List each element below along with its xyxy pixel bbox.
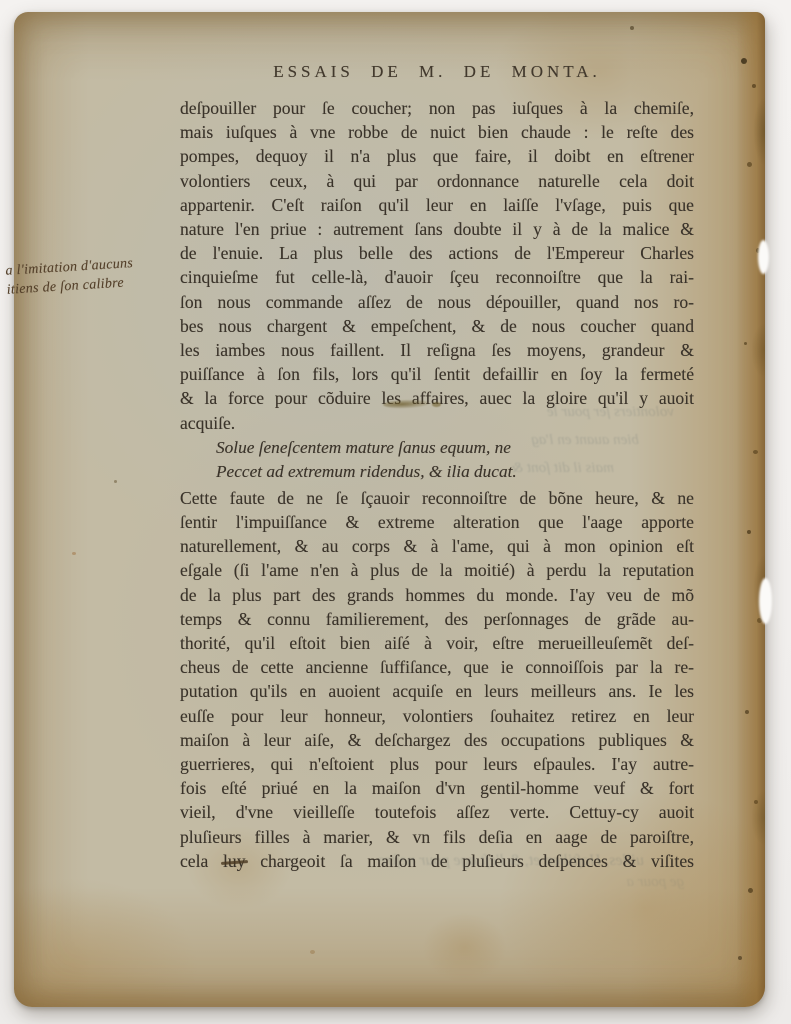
scanner-glare (759, 578, 772, 624)
quote-line: Solue ſeneſcentem mature ſanus equum, ne (216, 436, 694, 460)
text-line: mais iuſques à vne robbe de nuict bien c… (180, 120, 694, 144)
deckled-page-edge (737, 12, 765, 1007)
text-line: putation qu'ils en auoient acquiſe en le… (180, 679, 694, 703)
text-line: & la force pour cõduire les affaires, au… (180, 386, 694, 410)
running-header: ESSAIS DE M. DE MONTA. (182, 62, 692, 82)
text-line: ſon nous commande aſſez de nous dépouill… (180, 290, 694, 314)
scanner-glare (758, 240, 769, 274)
text-line: vieil, d'vne vieilleſſe toutefois aſſez … (180, 800, 694, 824)
scanned-book-photo: { "doc": { "running_header": "ESSAIS DE … (0, 0, 791, 1024)
foxing-speck (630, 26, 634, 30)
struck-out-word: luy (223, 851, 245, 871)
text-line: naturellement, & au corps & à l'ame, qui… (180, 534, 694, 558)
text-line: deſpouiller pour ſe coucher; non pas iuſ… (180, 96, 694, 120)
text-line-with-correction: cela luy chargeoit ſa maiſon de pluſieur… (180, 849, 694, 873)
paragraph-1: deſpouiller pour ſe coucher; non pas iuſ… (180, 96, 694, 435)
text-line: eſgale (ſi l'ame n'en à plus de la moiti… (180, 558, 694, 582)
text-line: Cette faute de ne ſe ſçauoir reconnoiſtr… (180, 486, 694, 510)
text-line: maiſon à leur aiſe, & deſchargez des occ… (180, 728, 694, 752)
text-line: euſſe pour leur honneur, volontiers ſouh… (180, 704, 694, 728)
show-through-ghost-text: ge pour a (574, 874, 684, 891)
quote-line: Peccet ad extremum ridendus, & ilia duca… (216, 460, 694, 484)
foxing-speck (310, 950, 315, 954)
foxing-speck (72, 552, 76, 555)
ink-smudge-stain (432, 402, 441, 407)
text-line: de l'enuie. La plus belle des actions de… (180, 241, 694, 265)
handwritten-margin-note: a l'imitation d'aucunsitiens de ſon cali… (5, 250, 197, 300)
foxing-speck (114, 480, 117, 483)
text-line: bes nous chargent & empeſchent, & de nou… (180, 314, 694, 338)
text-line: pluſieurs filles à marier, & vn fils deſ… (180, 825, 694, 849)
text-line: volontiers ceux, à qui par ordonnance na… (180, 169, 694, 193)
text-line: pompes, dequoy il n'a plus que faire, il… (180, 144, 694, 168)
text-line: fois eſté priué en la maiſon d'vn gentil… (180, 776, 694, 800)
latin-verse-quote: Solue ſeneſcentem mature ſanus equum, ne… (216, 436, 694, 484)
paragraph-2: Cette faute de ne ſe ſçauoir reconnoiſtr… (180, 486, 694, 849)
text-line: puiſſance à ſon fils, lors qu'il ſentit … (180, 362, 694, 386)
text-line: ſentir l'impuiſſance & extreme alteratio… (180, 510, 694, 534)
text-line: cinquieſme fut celle-là, d'auoir ſçeu re… (180, 265, 694, 289)
text-line: cheus de cette ancienne ſuffiſance, que … (180, 655, 694, 679)
text-line: nature l'en priue : autrement ſans doubt… (180, 217, 694, 241)
text-line: temps & connu familierement, des perſonn… (180, 607, 694, 631)
text-line: acquiſe. (180, 411, 694, 435)
text-line: les iambes nous faillent. Il reſigna ſes… (180, 338, 694, 362)
text-block: deſpouiller pour ſe coucher; non pas iuſ… (180, 96, 694, 873)
book-page-scan: ESSAIS DE M. DE MONTA. a l'imitation d'a… (14, 12, 765, 1007)
text-line: appartenir. C'eſt raiſon qu'il leur en l… (180, 193, 694, 217)
text-segment: cela (180, 851, 223, 871)
text-segment: chargeoit ſa maiſon de pluſieurs deſpenc… (246, 851, 695, 871)
text-line: de la plus part des grands hommes du mon… (180, 583, 694, 607)
text-line: guerrieres, qui n'eſtoient plus pour leu… (180, 752, 694, 776)
text-line: thorité, qu'il eſtoit bien aiſé à voir, … (180, 631, 694, 655)
